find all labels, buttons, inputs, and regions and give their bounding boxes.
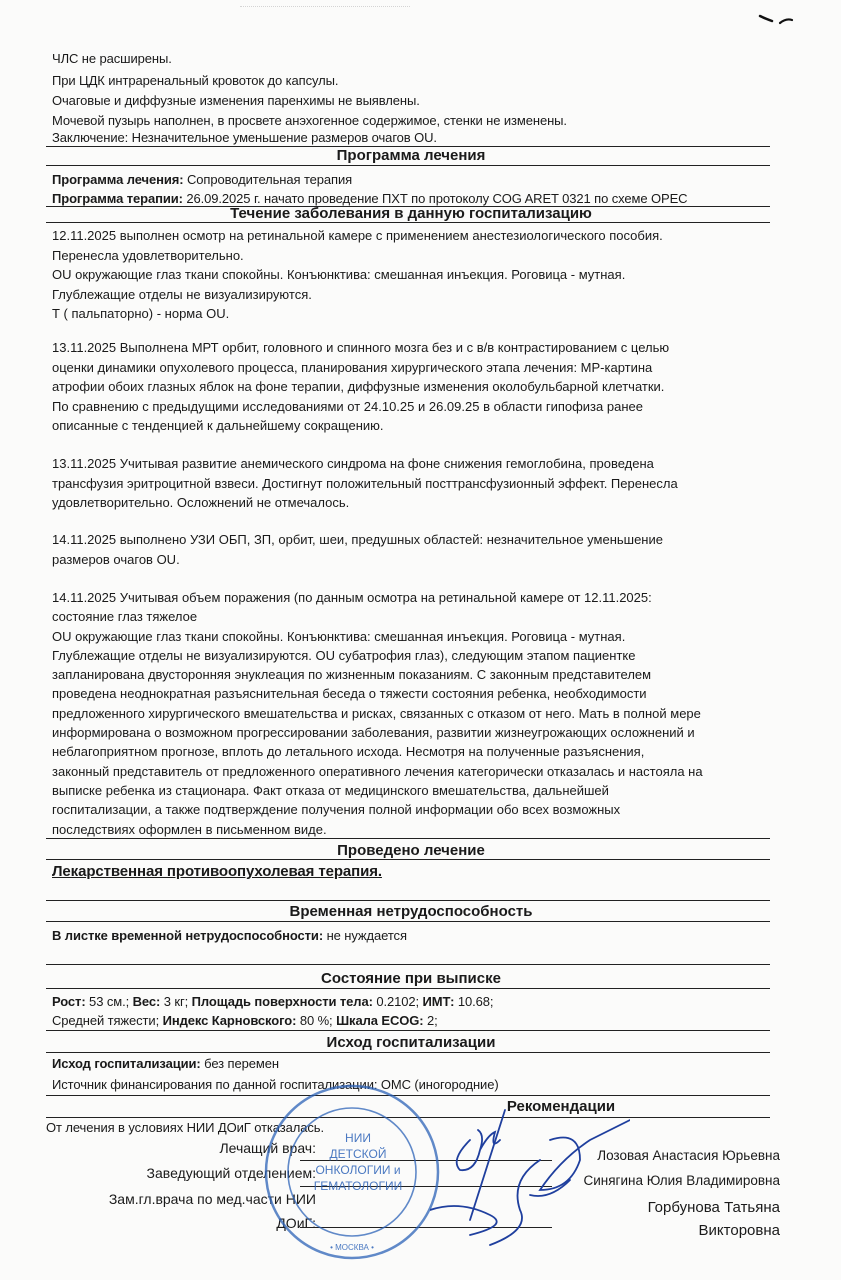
text-line: Т ( пальпаторно) - норма OU. — [52, 304, 767, 324]
stamp-line-1: НИИ — [345, 1131, 371, 1145]
stamp-line-2: ДЕТСКОЙ — [330, 1146, 387, 1161]
text-line: OU окружающие глаз ткани спокойны. Конъю… — [52, 627, 767, 646]
weight-label: Вес: — [129, 994, 160, 1009]
field-label: Программа лечения: — [52, 172, 183, 187]
height-label: Рост: — [52, 994, 86, 1009]
divider — [46, 988, 770, 989]
handwritten-mark-icon — [758, 12, 808, 28]
divider — [46, 900, 770, 901]
ultrasound-line: При ЦДК интраренальный кровоток до капсу… — [52, 73, 338, 89]
ultrasound-line: Мочевой пузырь наполнен, в просвете анэх… — [52, 113, 567, 129]
section-heading-disease-course: Течение заболевания в данную госпитализа… — [52, 205, 770, 223]
stamp-line-4: ГЕМАТОЛОГИИ — [314, 1179, 403, 1193]
field-value: 26.09.2025 г. начато проведение ПХТ по п… — [183, 191, 688, 206]
section-heading-disability: Временная нетрудоспособность — [52, 903, 770, 921]
text-line: неблагоприятном прогнозе, вплоть до лета… — [52, 742, 767, 761]
field-label: Программа терапии: — [52, 191, 183, 206]
divider — [46, 964, 770, 965]
text-line: проведена неоднократная разъяснительная … — [52, 684, 767, 703]
text-line: трансфузия эритроцитной взвеси. Достигну… — [52, 474, 767, 494]
bsa-label: Площадь поверхности тела: — [188, 994, 373, 1009]
text-line: Глублежащие отделы не визуализируются. O… — [52, 646, 767, 665]
course-entry-retinal-exam: 12.11.2025 выполнен осмотр на ретинально… — [52, 226, 767, 324]
ecog-value: 2; — [424, 1013, 438, 1028]
disability-line: В листке временной нетрудоспособности: н… — [52, 928, 407, 944]
ultrasound-conclusion: Заключение: Незначительное уменьшение ра… — [52, 130, 437, 146]
text-line: информирована о возможном прогрессирован… — [52, 723, 767, 742]
stamp-line-3: ОНКОЛОГИИ и — [315, 1163, 400, 1177]
divider — [46, 222, 770, 223]
karnofsky-label: Индекс Карновского: — [159, 1013, 296, 1028]
text-line: атрофии обоих глазных яблок на фоне тера… — [52, 377, 767, 397]
section-heading-treatment-done: Проведено лечение — [52, 842, 770, 860]
weight-value: 3 кг; — [160, 994, 188, 1009]
divider — [46, 1052, 770, 1053]
karnofsky-value: 80 %; — [296, 1013, 332, 1028]
ecog-label: Шкала ECOG: — [333, 1013, 424, 1028]
height-value: 53 см.; — [86, 994, 130, 1009]
text-line: 14.11.2025 выполнено УЗИ ОБП, ЗП, орбит,… — [52, 530, 767, 550]
divider — [46, 921, 770, 922]
text-line: OU окружающие глаз ткани спокойны. Конъю… — [52, 265, 767, 285]
condition-line: Средней тяжести; Индекс Карновского: 80 … — [52, 1013, 438, 1029]
text-line: удовлетворительно. Осложнений не отмечал… — [52, 493, 767, 513]
section-heading-treatment-program: Программа лечения — [52, 147, 770, 165]
outcome-line: Исход госпитализации: без перемен — [52, 1056, 279, 1072]
text-line: последствиях оформлен в письменном виде. — [52, 820, 767, 839]
divider — [46, 165, 770, 166]
discharge-summary-page: ЧЛС не расширены. При ЦДК интраренальный… — [0, 0, 841, 1280]
text-line: состояние глаз тяжелое — [52, 607, 767, 626]
text-line: запланирована двусторонняя энуклеация по… — [52, 665, 767, 684]
text-line: выписке ребенка из стационара. Факт отка… — [52, 781, 767, 800]
stamp-city: • МОСКВА • — [330, 1243, 374, 1252]
divider — [46, 1030, 770, 1031]
course-entry-mri: 13.11.2025 Выполнена МРТ орбит, головног… — [52, 338, 767, 436]
text-line: законный представитель от предложенного … — [52, 762, 767, 781]
bmi-value: 10.68; — [454, 994, 493, 1009]
text-line: предложенного хирургического вмешательст… — [52, 704, 767, 723]
page-top-edge-artifact — [240, 0, 410, 7]
field-value: без перемен — [201, 1056, 279, 1071]
divider — [46, 838, 770, 839]
text-line: 13.11.2025 Выполнена МРТ орбит, головног… — [52, 338, 767, 358]
field-label: Исход госпитализации: — [52, 1056, 201, 1071]
text-line: госпитализации, а также подтверждение по… — [52, 800, 767, 819]
text-line: 13.11.2025 Учитывая развитие анемическог… — [52, 454, 767, 474]
text-line: 12.11.2025 выполнен осмотр на ретинально… — [52, 226, 767, 246]
severity-value: Средней тяжести; — [52, 1013, 159, 1028]
divider — [46, 859, 770, 860]
ultrasound-line: ЧЛС не расширены. — [52, 51, 172, 67]
section-heading-outcome: Исход госпитализации — [52, 1034, 770, 1052]
course-entry-transfusion: 13.11.2025 Учитывая развитие анемическог… — [52, 454, 767, 513]
treatment-program-line: Программа лечения: Сопроводительная тера… — [52, 172, 352, 188]
anthropometry-line: Рост: 53 см.; Вес: 3 кг; Площадь поверхн… — [52, 994, 493, 1010]
institution-stamp-icon: НИИ ДЕТСКОЙ ОНКОЛОГИИ и ГЕМАТОЛОГИИ • МО… — [262, 1082, 442, 1262]
field-label: В листке временной нетрудоспособности: — [52, 928, 323, 943]
bsa-value: 0.2102; — [373, 994, 419, 1009]
text-line: Глублежащие отделы не визуализируются. — [52, 285, 767, 305]
field-value: Сопроводительная терапия — [183, 172, 352, 187]
text-line: размеров очагов OU. — [52, 550, 767, 570]
text-line: описанные с тенденцией к дальнейшему сок… — [52, 416, 767, 436]
field-value: не нуждается — [323, 928, 407, 943]
text-line: 14.11.2025 Учитывая объем поражения (по … — [52, 588, 767, 607]
text-line: Перенесла удовлетворительно. — [52, 246, 767, 266]
course-entry-enucleation-refusal: 14.11.2025 Учитывая объем поражения (по … — [52, 588, 767, 839]
section-heading-discharge-state: Состояние при выписке — [52, 970, 770, 988]
text-line: По сравнению с предыдущими исследованиям… — [52, 397, 767, 417]
bmi-label: ИМТ: — [419, 994, 454, 1009]
treatment-done-value: Лекарственная противоопухолевая терапия. — [52, 863, 382, 881]
course-entry-ultrasound: 14.11.2025 выполнено УЗИ ОБП, ЗП, орбит,… — [52, 530, 767, 569]
handwritten-signature-icon — [430, 1100, 630, 1250]
ultrasound-line: Очаговые и диффузные изменения паренхимы… — [52, 93, 420, 109]
text-line: оценки динамики опухолевого процесса, пл… — [52, 358, 767, 378]
